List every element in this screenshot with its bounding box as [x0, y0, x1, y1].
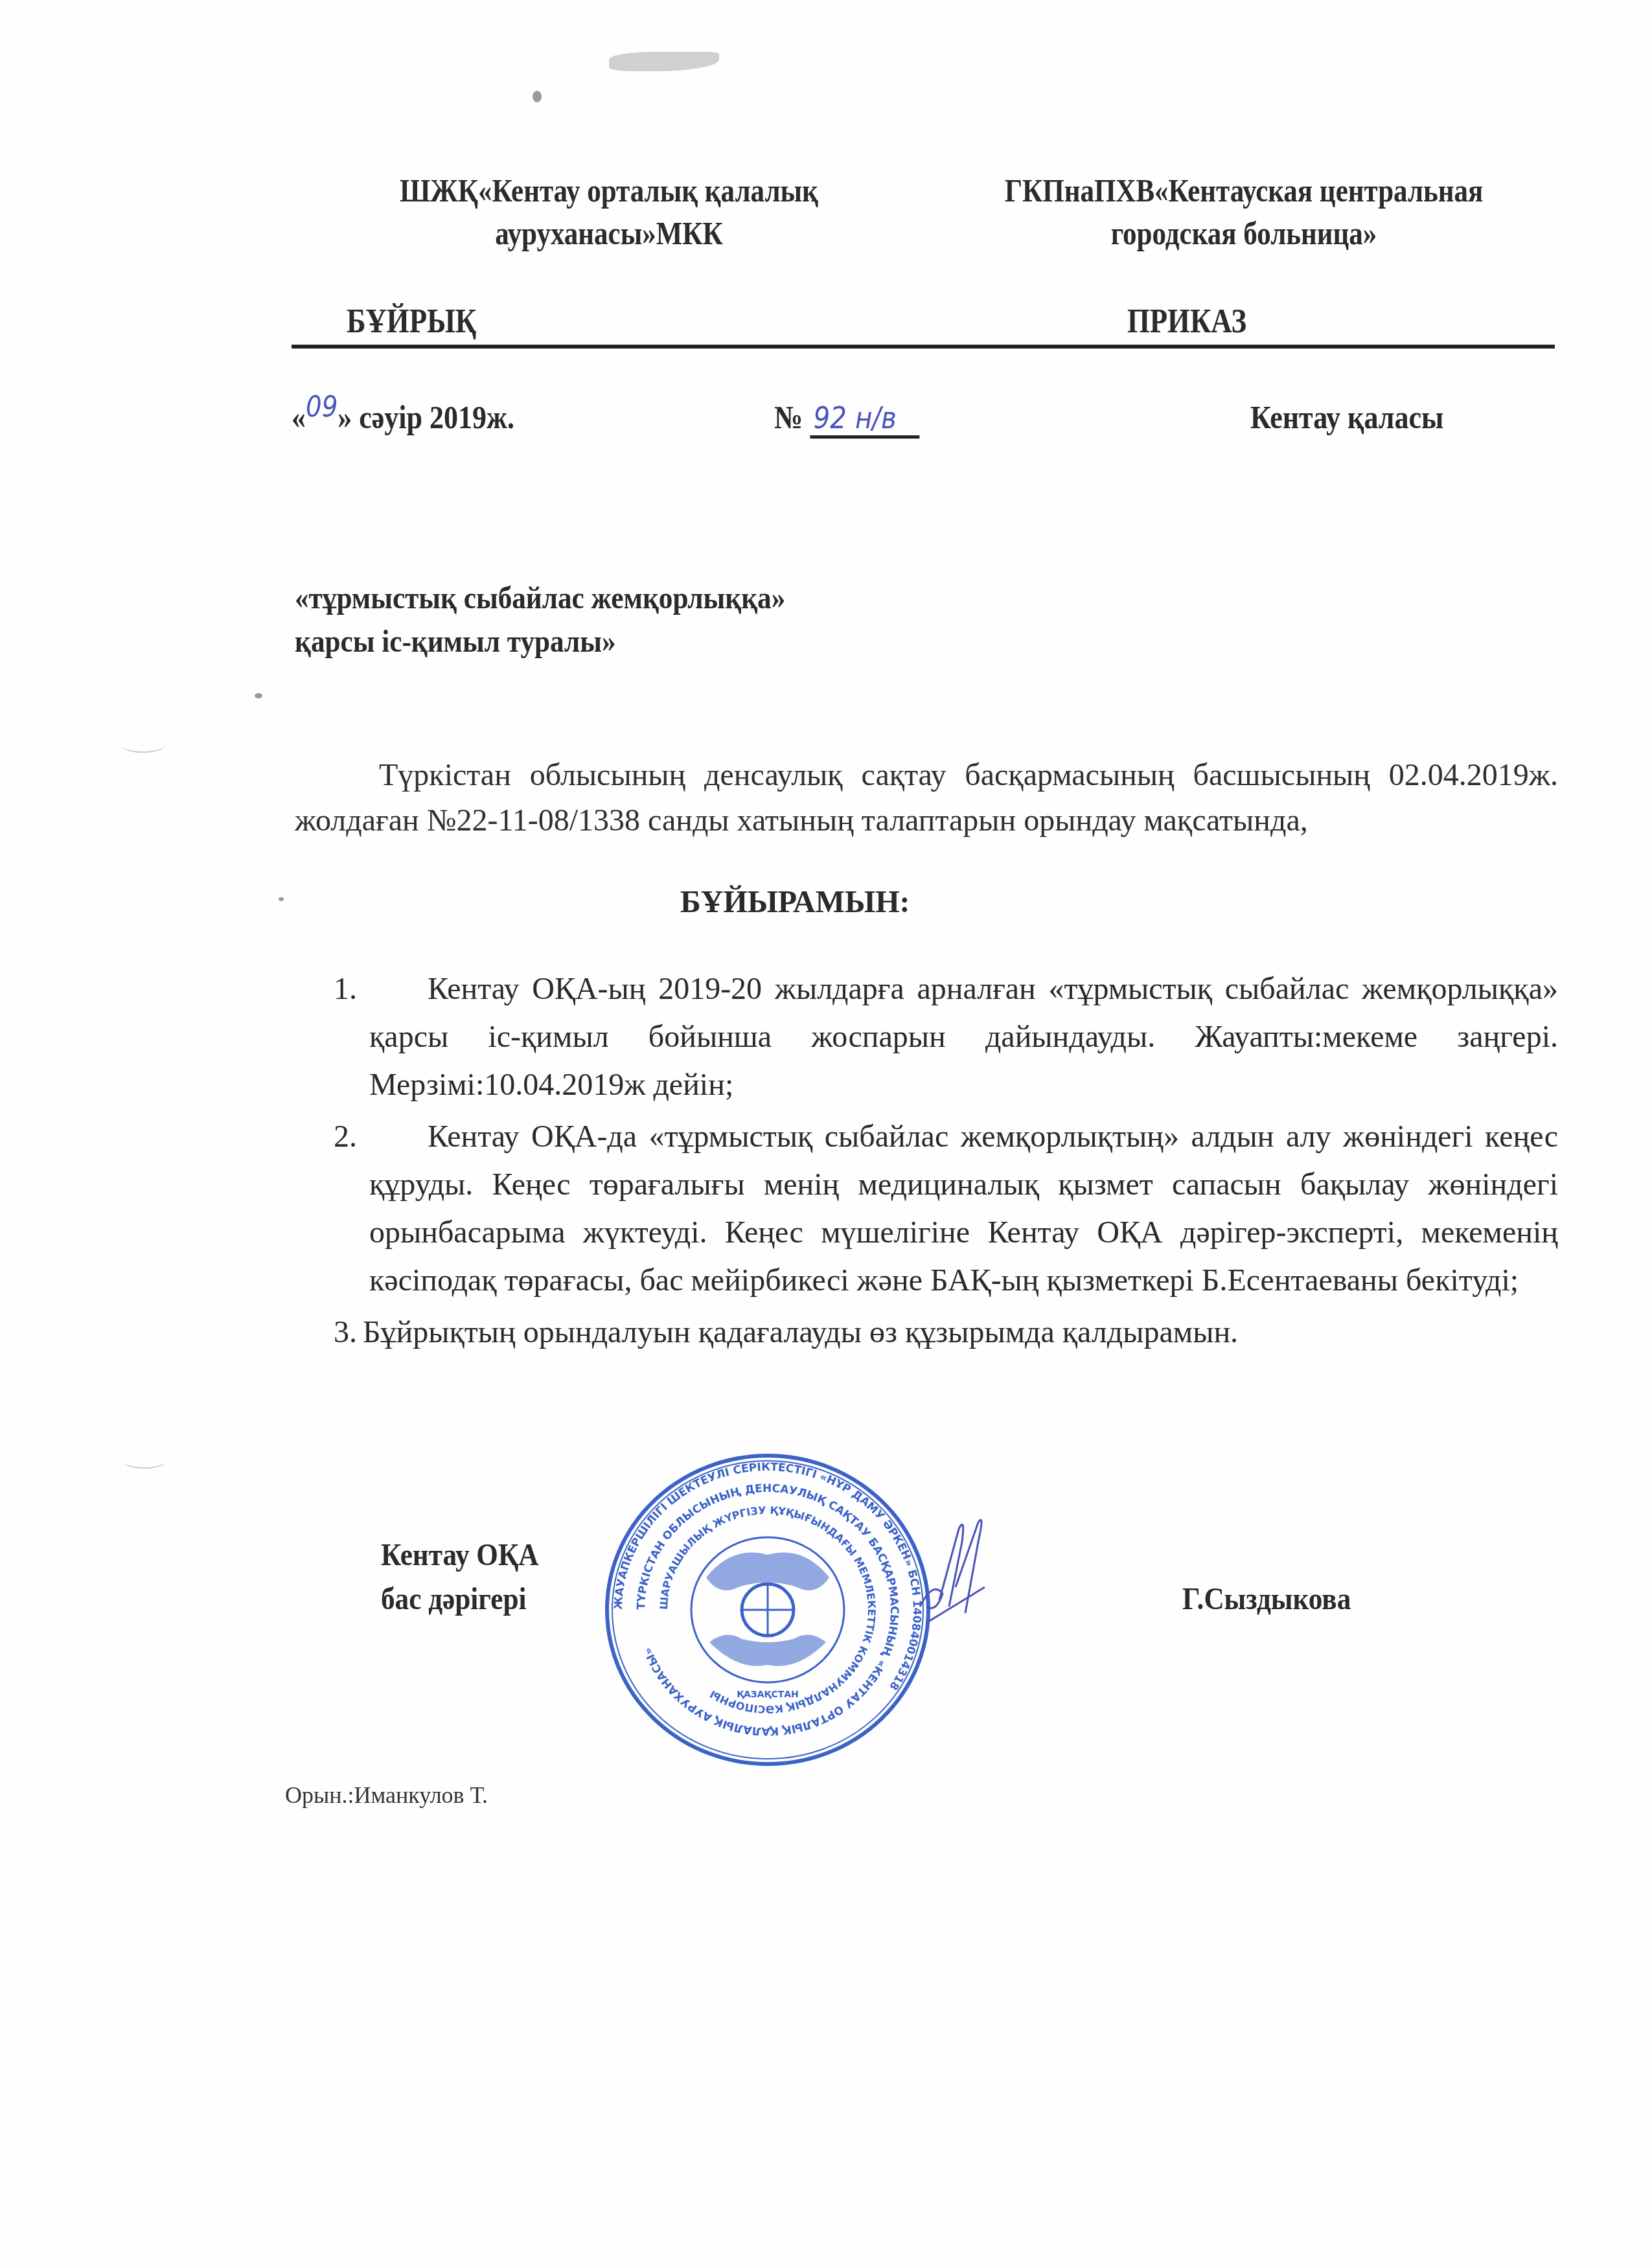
- header-divider: [292, 345, 1555, 349]
- org-name-kz-line1: ШЖҚ«Кентау орталық қалалық: [330, 170, 888, 211]
- executor-note: Орын.:Иманкулов Т.: [285, 1781, 488, 1809]
- number-prefix: №: [774, 399, 803, 435]
- punch-hole-mark: [123, 1454, 166, 1469]
- handwritten-signature: [913, 1509, 991, 1639]
- order-item-number: 2.: [334, 1113, 357, 1161]
- date-month-year: » сәуір 2019ж.: [338, 399, 514, 435]
- punch-hole-mark: [122, 739, 165, 753]
- order-items-list: 1.Кентау ОҚА-ың 2019-20 жылдарға арналға…: [295, 965, 1558, 1360]
- subject-line1: «тұрмыстық сыбайлас жемқорлыққа»: [295, 578, 785, 619]
- signature-scribble-icon: [913, 1509, 991, 1639]
- scan-artifact-speck: [279, 897, 284, 901]
- org-name-kz-line2: ауруханасы»МКК: [330, 212, 888, 254]
- order-item-number: 1.: [334, 965, 357, 1013]
- order-city: Кентау қаласы: [1250, 398, 1443, 436]
- order-item-text: Бұйрықтың орындалуын қадағалауды өз құзы…: [363, 1315, 1238, 1349]
- order-date: «09» сәуір 2019ж.: [292, 398, 514, 436]
- scan-artifact-speck: [255, 693, 262, 698]
- order-number: № 92 н/в: [774, 398, 919, 439]
- order-item-text: Кентау ОҚА-да «тұрмыстық сыбайлас жемқор…: [369, 1119, 1558, 1298]
- official-stamp: ЖАУАПКЕРШІЛІГІ ШЕКТЕУЛІ СЕРІКТЕСТІГІ «НҰ…: [602, 1448, 933, 1772]
- order-item: 1.Кентау ОҚА-ың 2019-20 жылдарға арналға…: [295, 965, 1558, 1109]
- subject-line2: қарсы іс-қимыл туралы»: [295, 622, 616, 662]
- doc-type-ru: ПРИКАЗ: [1127, 301, 1246, 343]
- order-item-text: Кентау ОҚА-ың 2019-20 жылдарға арналған …: [369, 972, 1558, 1102]
- order-heading: БҰЙЫРАМЫН:: [680, 884, 910, 920]
- number-handwritten: 92 н/в: [810, 400, 919, 439]
- scan-artifact-smudge: [609, 52, 719, 71]
- stamp-seal-icon: ЖАУАПКЕРШІЛІГІ ШЕКТЕУЛІ СЕРІКТЕСТІГІ «НҰ…: [602, 1448, 933, 1772]
- signatory-name: Г.Сыздыкова: [1182, 1579, 1351, 1620]
- scan-artifact-speck: [533, 91, 542, 102]
- doc-type-kz: БҰЙРЫҚ: [347, 301, 476, 343]
- svg-text:ҚАЗАҚСТАН: ҚАЗАҚСТАН: [737, 1690, 799, 1700]
- signatory-title-line2: бас дәрігері: [381, 1579, 526, 1620]
- preamble-paragraph: Түркістан облысының денсаулық сақтау бас…: [295, 753, 1558, 843]
- date-open-quote: «: [292, 399, 306, 435]
- org-name-ru-line2: городская больница»: [943, 212, 1545, 254]
- org-name-ru-line1: ГКПнаПХВ«Кентауская центральная: [943, 170, 1545, 211]
- order-item: 2.Кентау ОҚА-да «тұрмыстық сыбайлас жемқ…: [295, 1113, 1558, 1305]
- order-item: 3.Бұйрықтың орындалуын қадағалауды өз құ…: [295, 1309, 1558, 1357]
- signatory-title-line1: Кентау ОҚА: [381, 1535, 538, 1575]
- order-item-number: 3.: [334, 1309, 357, 1357]
- date-day-handwritten: 09: [306, 391, 338, 424]
